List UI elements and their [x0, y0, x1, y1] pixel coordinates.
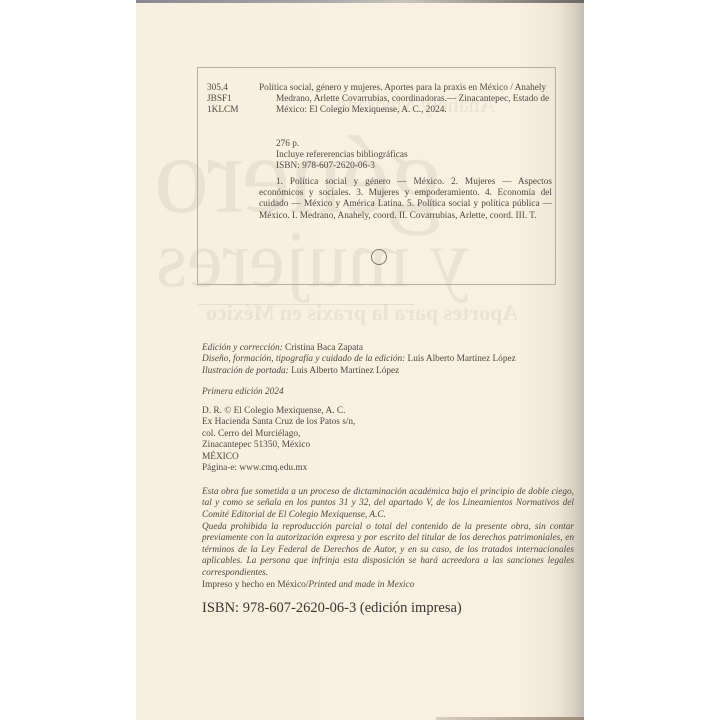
credit-line: Diseño, formación, tipografía y cuidado …: [202, 354, 582, 365]
isbn-print: ISBN: 978-607-2620-06-3 (edición impresa…: [202, 600, 462, 617]
credits: Edición y corrección: Cristina Baca Zapa…: [202, 343, 582, 377]
main-entry-text: Política social, género y mujeres. Aport…: [259, 83, 554, 117]
edition-statement: Primera edición 2024: [202, 387, 572, 398]
credit-line: Edición y corrección: Cristina Baca Zapa…: [202, 343, 582, 354]
credit-name: Cristina Baca Zapata: [285, 343, 363, 353]
legal-notice: Queda prohibida la reproducción parcial …: [202, 522, 574, 579]
address-line: Ex Hacienda Santa Cruz de los Patos s/n,: [202, 417, 572, 428]
credit-role: Edición y corrección:: [202, 343, 283, 353]
ghost-rule: [198, 304, 414, 305]
isbn-catalog: ISBN: 978-607-2620-06-3: [276, 161, 408, 172]
main-entry: Política social, género y mujeres. Aport…: [259, 83, 554, 117]
website: Página-e: www.cmq.edu.mx: [202, 463, 572, 474]
credit-line: Ilustración de portada: Luis Alberto Mar…: [202, 366, 582, 377]
bibliography-note: Incluye refererencias bibliográficas: [276, 150, 408, 161]
cataloging-record: 305.4 JBSF1 1KLCM Política social, géner…: [197, 67, 556, 285]
class-code: 305.4: [207, 83, 257, 94]
copyright-page: Anahely Medrano género y mujeres Aportes…: [136, 0, 584, 720]
address-line: col. Cerro del Murciélago,: [202, 429, 572, 440]
copyright-holder: D. R. © El Colegio Mexiquense, A. C.: [202, 406, 572, 417]
page-count: 276 p.: [276, 139, 408, 150]
printed-in-english: Printed and made in Mexico: [308, 580, 414, 590]
subject-headings: 1. Política social y género — México. 2.…: [259, 177, 552, 222]
class-code: JBSF1: [207, 94, 257, 105]
credit-name: Luis Alberto Martínez López: [408, 354, 516, 364]
credit-role: Diseño, formación, tipografía y cuidado …: [202, 354, 405, 364]
printed-in-spanish: Impreso y hecho en México/: [202, 580, 308, 590]
address-country: MÉXICO: [202, 452, 572, 463]
physical-description: 276 p. Incluye refererencias bibliográfi…: [276, 139, 408, 173]
class-code: 1KLCM: [207, 105, 257, 116]
credit-role: Ilustración de portada:: [202, 366, 289, 376]
classification-codes: 305.4 JBSF1 1KLCM: [207, 83, 257, 117]
peer-review-note: Esta obra fue sometida a un proceso de d…: [202, 487, 574, 521]
address-line: Zinacantepec 51350, México: [202, 440, 572, 451]
publisher-address: D. R. © El Colegio Mexiquense, A. C. Ex …: [202, 406, 572, 474]
circle-mark: [371, 249, 387, 265]
credit-name: Luis Alberto Martínez López: [291, 366, 399, 376]
page-top-edge: [136, 0, 584, 3]
printed-in: Impreso y hecho en México/Printed and ma…: [202, 580, 572, 591]
